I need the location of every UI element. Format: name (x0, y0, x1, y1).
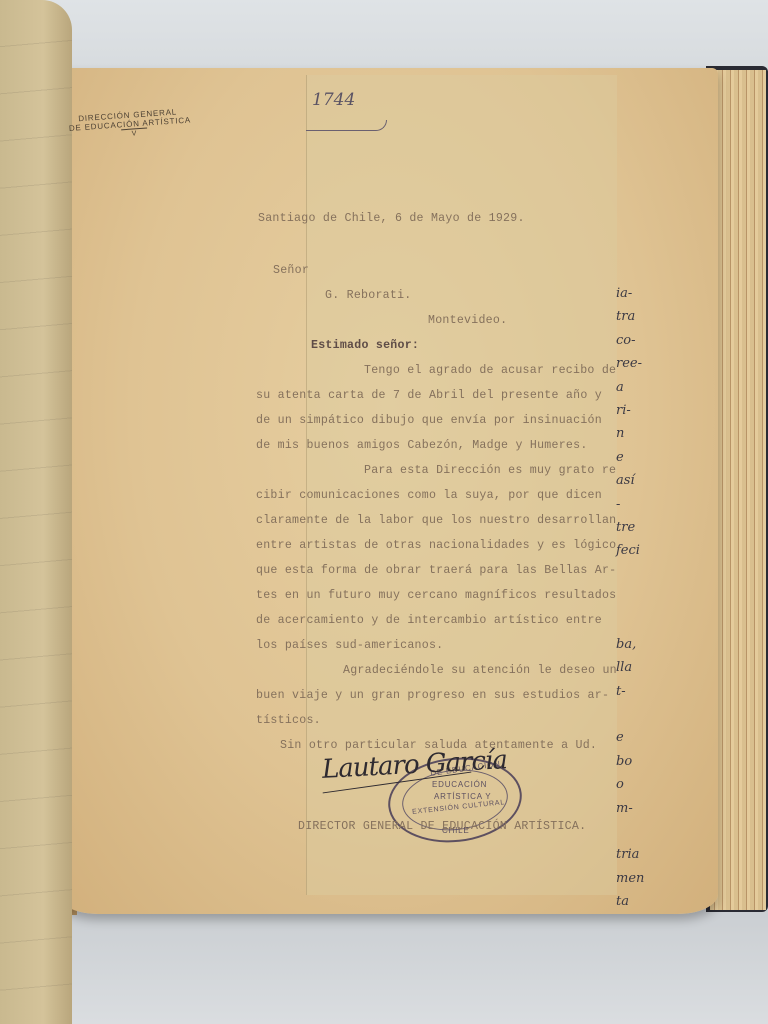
margin-note: e (616, 446, 644, 469)
body-line: su atenta carta de 7 de Abril del presen… (256, 389, 602, 402)
body-line: cibir comunicaciones como la suya, por q… (256, 489, 602, 502)
margin-note: e (616, 726, 644, 749)
recipient-name: G. Reborati. (325, 289, 412, 302)
body-line: de acercamiento y de intercambio artísti… (256, 614, 602, 627)
margin-note: - (616, 493, 644, 516)
body-line: de mis buenos amigos Cabezón, Madge y Hu… (256, 439, 588, 452)
place-date: Santiago de Chile, 6 de Mayo de 1929. (258, 212, 525, 225)
folio-number: 1744 (312, 90, 355, 110)
margin-note: m- (616, 797, 644, 820)
margin-note: tria (616, 843, 644, 866)
margin-note: ta (616, 890, 644, 913)
body-line: Tengo el agrado de acusar recibo de (364, 364, 616, 377)
margin-note: bo (616, 750, 644, 773)
margin-note: ba, (616, 633, 644, 656)
folio-underline (306, 120, 387, 131)
body-line: Para esta Dirección es muy grato re (364, 464, 616, 477)
margin-note: co- (616, 329, 644, 352)
body-line: tísticos. (256, 714, 321, 727)
body-line: Agradeciéndole su atención le deseo un (343, 664, 617, 677)
margin-note (616, 609, 644, 632)
body-line: buen viaje y un gran progreso en sus est… (256, 689, 609, 702)
background-table (0, 900, 768, 1024)
body-line: de un simpático dibujo que envía por ins… (256, 414, 602, 427)
margin-note: o (616, 773, 644, 796)
margin-note: men (616, 867, 644, 890)
page-edges (710, 70, 766, 910)
margin-note (616, 820, 644, 843)
margin-note (616, 703, 644, 726)
facing-page-left (0, 0, 72, 1024)
signer-title: DIRECTOR GENERAL DE EDUCACIÓN ARTÍSTICA. (298, 820, 586, 833)
margin-note: a (616, 376, 644, 399)
margin-note (616, 586, 644, 609)
margin-note (616, 563, 644, 586)
handwritten-margin-notes: ia- tra co- ree- a ri- n e así - tre fec… (616, 282, 644, 914)
margin-note: lla (616, 656, 644, 679)
margin-note: feci (616, 539, 644, 562)
margin-note: ree- (616, 352, 644, 375)
stamp-line: EDUCACIÓN (432, 780, 487, 789)
margin-note: n (616, 422, 644, 445)
stamp-line: ARTÍSTICA Y (434, 792, 491, 801)
margin-note: ri- (616, 399, 644, 422)
margin-note: tre (616, 516, 644, 539)
margin-note: ia- (616, 282, 644, 305)
body-line: que esta forma de obrar traerá para las … (256, 564, 616, 577)
body-line: tes en un futuro muy cercano magníficos … (256, 589, 616, 602)
recipient-city: Montevideo. (428, 314, 507, 327)
margin-note: así (616, 469, 644, 492)
body-line: claramente de la labor que los nuestro d… (256, 514, 616, 527)
greeting: Estimado señor: (311, 339, 419, 352)
margin-note: tra (616, 305, 644, 328)
salutation-title: Señor (273, 264, 309, 277)
body-line: los países sud-americanos. (256, 639, 443, 652)
margin-note: t- (616, 680, 644, 703)
body-line: entre artistas de otras nacionalidades y… (256, 539, 616, 552)
letterhead-mark: V (121, 128, 148, 140)
